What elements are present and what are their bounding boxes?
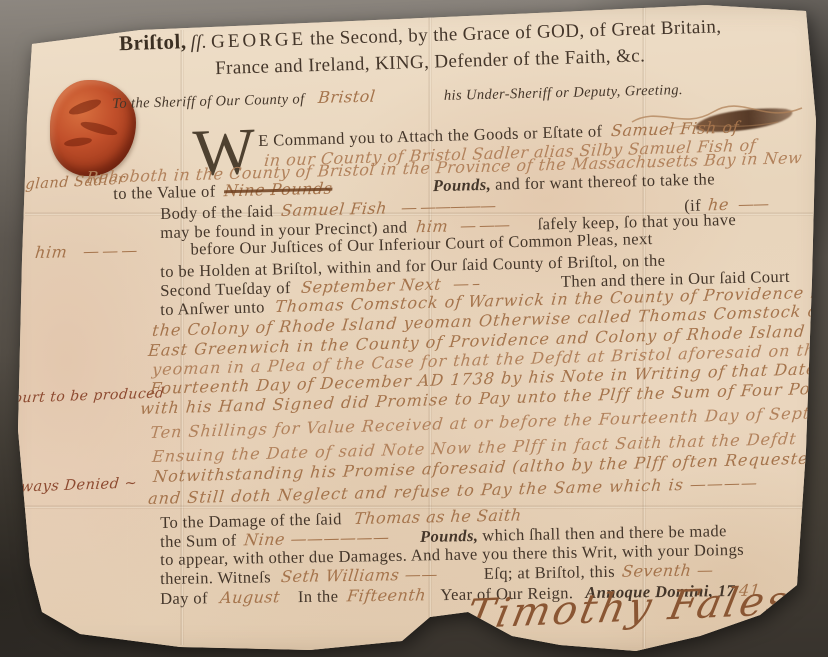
him2-handwriting: him	[34, 242, 68, 262]
tuesday-rule-dashes: — –	[452, 274, 480, 294]
body-pre: Body of the ſaid	[160, 201, 274, 223]
margin-note-denied: always Denied ~	[6, 474, 137, 497]
wax-seal-texture	[64, 136, 93, 148]
salutation-pre: To the Sheriff of Our County of	[112, 91, 305, 112]
wax-seal-texture	[79, 119, 118, 138]
regnal-year-handwriting: Fifteenth	[346, 585, 427, 605]
witness-handwriting: Seth Williams ——	[280, 565, 439, 586]
witness-pre: therein. Witneſs	[160, 567, 271, 588]
salutation-county-handwriting: Bristol	[318, 87, 377, 107]
value-pounds: Pounds,	[433, 175, 492, 195]
value-post: and for want thereof to take the	[495, 169, 715, 193]
sum-pounds: Pounds,	[420, 526, 479, 546]
value-handwriting-struck: Nine Pounds	[224, 179, 334, 201]
body-rule-dashes: — —————	[400, 196, 496, 217]
value-pre: to the Value of	[113, 181, 216, 202]
this-day-handwriting: Seventh —	[621, 560, 715, 580]
paper-document: Briſtol, ſſ. GEORGE the Second, by the G…	[0, 0, 828, 657]
margin-denied-handwriting: always Denied ~	[6, 475, 138, 496]
header-ss: ſſ.	[190, 32, 207, 53]
paper-wrapper: Briſtol, ſſ. GEORGE the Second, by the G…	[0, 0, 828, 657]
header-george: GEORGE	[211, 29, 307, 53]
margin-england-handwriting: England Sadler	[4, 172, 126, 194]
if-rule-dashes: ——	[737, 194, 769, 214]
wax-seal-texture	[67, 96, 102, 117]
inthe-print: In the	[298, 587, 339, 607]
day-pre: Day of	[160, 588, 208, 608]
salutation-line: To the Sheriff of Our County of Bristol …	[112, 79, 683, 113]
photo-background: Briſtol, ſſ. GEORGE the Second, by the G…	[0, 0, 828, 657]
esq-print: Eſq; at Briſtol, this	[484, 562, 616, 583]
header-place: Briſtol,	[119, 29, 187, 55]
margin-note-england: England Sadler	[4, 171, 126, 195]
him2-rule-dashes: — — —	[82, 241, 137, 261]
body-handwriting: Samuel Fish	[280, 198, 388, 220]
answer-pre: to Anſwer unto	[160, 297, 265, 319]
month-handwriting: August	[219, 587, 281, 607]
